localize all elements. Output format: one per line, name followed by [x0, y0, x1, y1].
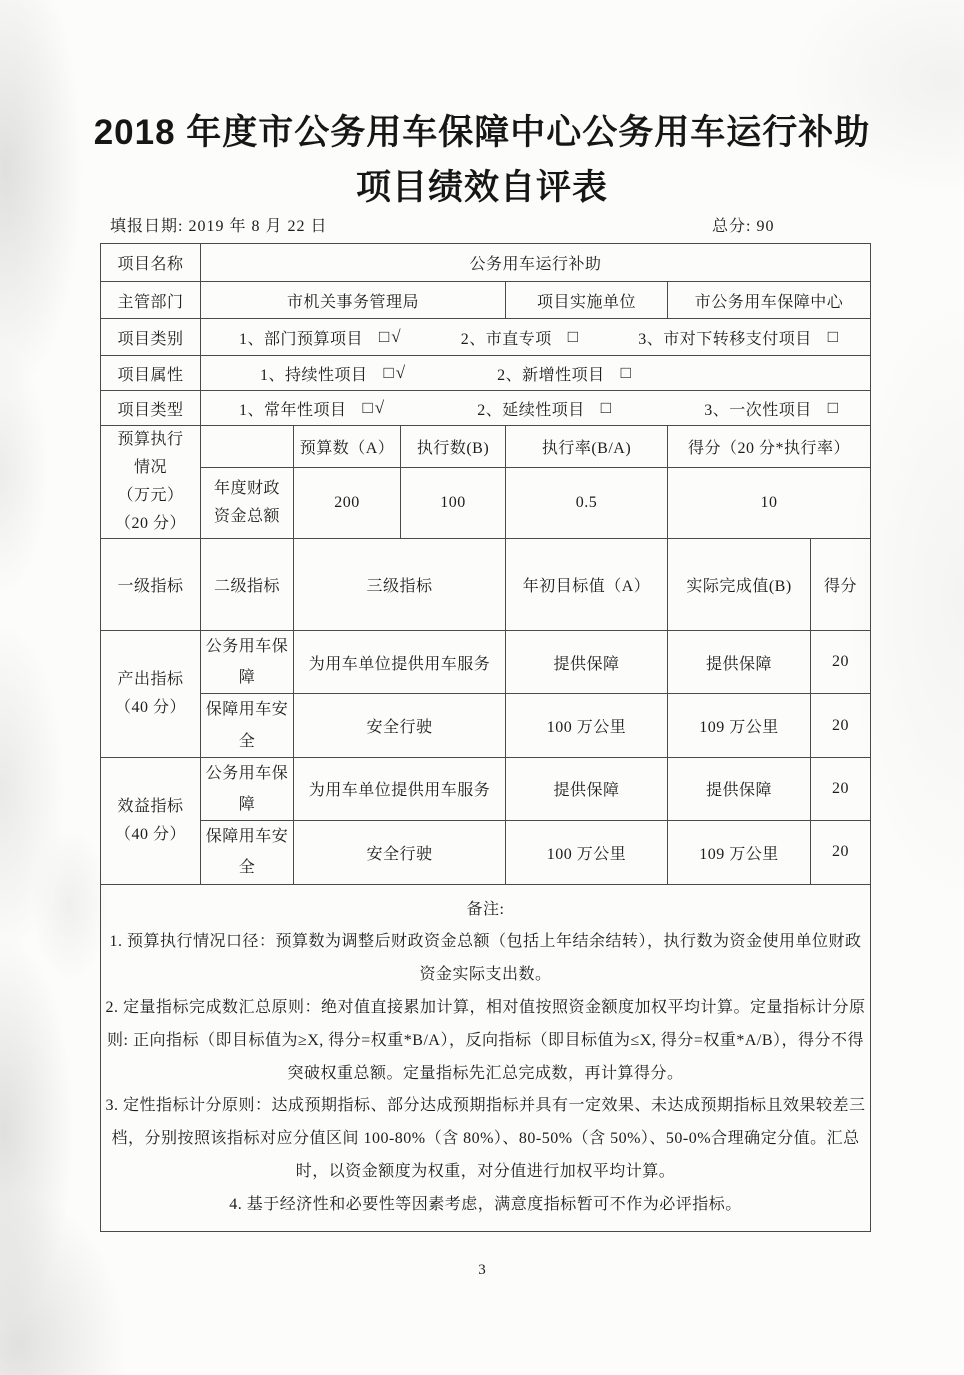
impl-unit-value: 市公务用车保障中心: [668, 282, 871, 319]
budget-value-a: 200: [294, 468, 401, 539]
department-label: 主管部门: [101, 282, 201, 319]
checkbox-icon: □: [621, 363, 633, 383]
category-option-2-text: 2、市直专项: [461, 326, 552, 349]
row-notes: 备注: 1. 预算执行情况口径：预算数为调整后财政资金总额（包括上年结余结转），…: [101, 884, 871, 1231]
budget-section-label: 预算执行 情况 （万元） （20 分）: [101, 426, 201, 539]
type-option-3: 3、一次性项目 □: [704, 397, 840, 420]
category-option-3: 3、市对下转移支付项目 □: [638, 326, 840, 349]
type-option-2-text: 2、延续性项目: [477, 397, 585, 420]
indicator-header-score: 得分: [811, 539, 871, 631]
indicator-level3: 为用车单位提供用车服务: [294, 631, 506, 694]
attribute-option-1-text: 1、持续性项目: [260, 362, 368, 385]
attribute-option-1: 1、持续性项目 □√: [260, 362, 407, 385]
category-options: 1、部门预算项目 □√ 2、市直专项 □ 3、市对下转移支付项目 □: [205, 326, 866, 349]
total-score: 总分: 90: [712, 213, 774, 236]
indicator-target: 100 万公里: [506, 821, 668, 884]
indicator-score: 20: [811, 821, 871, 884]
note-item-2: 2. 定量指标完成数汇总原则：绝对值直接累加计算，相对值按照资金额度加权平均计算…: [105, 992, 866, 1090]
indicator-level2: 公务用车保障: [201, 631, 294, 694]
document-title-line2: 项目绩效自评表: [0, 161, 964, 216]
category-label: 项目类别: [101, 319, 201, 356]
scanned-document-page: 2018 年度市公务用车保障中心公务用车运行补助 项目绩效自评表 填报日期: 2…: [0, 0, 964, 1375]
output-indicator-label: 产出指标 （40 分）: [101, 631, 201, 758]
row-benefit-indicator-2: 保障用车安全 安全行驶 100 万公里 109 万公里 20: [101, 821, 871, 884]
indicator-actual: 109 万公里: [668, 821, 811, 884]
category-option-3-text: 3、市对下转移支付项目: [638, 326, 812, 349]
indicator-target: 提供保障: [506, 757, 668, 820]
row-benefit-indicator-1: 效益指标 （40 分） 公务用车保障 为用车单位提供用车服务 提供保障 提供保障…: [101, 757, 871, 820]
category-option-1: 1、部门预算项目 □√: [239, 326, 403, 349]
indicator-header-level3: 三级指标: [294, 539, 506, 631]
indicator-target: 100 万公里: [506, 694, 668, 757]
checkbox-icon: □: [828, 398, 840, 418]
department-value: 市机关事务管理局: [201, 282, 506, 319]
budget-blank-cell: [201, 426, 294, 468]
type-option-1-text: 1、常年性项目: [239, 397, 347, 420]
indicator-header-level1: 一级指标: [101, 539, 201, 631]
type-label: 项目类型: [101, 391, 201, 426]
indicator-score: 20: [811, 631, 871, 694]
budget-value-score: 10: [668, 468, 871, 539]
benefit-indicator-label: 效益指标 （40 分）: [101, 757, 201, 884]
indicator-level2: 保障用车安全: [201, 821, 294, 884]
indicator-level2: 公务用车保障: [201, 757, 294, 820]
indicator-actual: 提供保障: [668, 757, 811, 820]
page-number: 3: [0, 1262, 964, 1279]
budget-value-b: 100: [401, 468, 506, 539]
note-item-3: 3. 定性指标计分原则：达成预期指标、部分达成预期指标并具有一定效果、未达成预期…: [105, 1090, 866, 1188]
row-output-indicator-1: 产出指标 （40 分） 公务用车保障 为用车单位提供用车服务 提供保障 提供保障…: [101, 631, 871, 694]
budget-header-rate: 执行率(B/A): [506, 426, 668, 468]
checkbox-checked-icon: □√: [363, 398, 387, 418]
checkbox-icon: □: [601, 398, 613, 418]
document-title: 2018 年度市公务用车保障中心公务用车运行补助 项目绩效自评表: [0, 106, 964, 215]
row-output-indicator-2: 保障用车安全 安全行驶 100 万公里 109 万公里 20: [101, 694, 871, 757]
budget-row-label: 年度财政 资金总额: [201, 468, 294, 539]
attribute-label: 项目属性: [101, 356, 201, 391]
indicator-level3: 为用车单位提供用车服务: [294, 757, 506, 820]
indicator-level2: 保障用车安全: [201, 694, 294, 757]
budget-header-score: 得分（20 分*执行率）: [668, 426, 871, 468]
type-option-3-text: 3、一次性项目: [704, 397, 812, 420]
indicator-actual: 109 万公里: [668, 694, 811, 757]
indicator-actual: 提供保障: [668, 631, 811, 694]
type-option-2: 2、延续性项目 □: [477, 397, 613, 420]
attribute-option-2-text: 2、新增性项目: [497, 362, 605, 385]
type-option-1: 1、常年性项目 □√: [239, 397, 386, 420]
type-options: 1、常年性项目 □√ 2、延续性项目 □ 3、一次性项目 □: [205, 397, 866, 420]
row-project-attribute: 项目属性 1、持续性项目 □√ 2、新增性项目 □: [101, 356, 871, 391]
attribute-options: 1、持续性项目 □√ 2、新增性项目 □: [205, 362, 866, 385]
budget-header-a: 预算数（A）: [294, 426, 401, 468]
indicator-header-target: 年初目标值（A）: [506, 539, 668, 631]
row-project-category: 项目类别 1、部门预算项目 □√ 2、市直专项 □ 3、市对下转移支付项目 □: [101, 319, 871, 356]
checkbox-checked-icon: □√: [379, 327, 403, 347]
project-name-value: 公务用车运行补助: [201, 244, 871, 282]
impl-unit-label: 项目实施单位: [506, 282, 668, 319]
row-project-name: 项目名称 公务用车运行补助: [101, 244, 871, 282]
budget-header-b: 执行数(B): [401, 426, 506, 468]
note-item-4: 4. 基于经济性和必要性等因素考虑，满意度指标暂可不作为必评指标。: [105, 1189, 866, 1222]
type-options-cell: 1、常年性项目 □√ 2、延续性项目 □ 3、一次性项目 □: [201, 391, 871, 426]
indicator-level3: 安全行驶: [294, 694, 506, 757]
notes-label: 备注:: [105, 894, 866, 927]
attribute-option-2: 2、新增性项目 □: [497, 362, 633, 385]
indicator-header-level2: 二级指标: [201, 539, 294, 631]
category-option-1-text: 1、部门预算项目: [239, 326, 363, 349]
row-project-type: 项目类型 1、常年性项目 □√ 2、延续性项目 □ 3、一次性项目 □: [101, 391, 871, 426]
document-title-line1: 2018 年度市公务用车保障中心公务用车运行补助: [0, 106, 964, 161]
attribute-options-cell: 1、持续性项目 □√ 2、新增性项目 □: [201, 356, 871, 391]
indicator-header-actual: 实际完成值(B): [668, 539, 811, 631]
row-indicator-header: 一级指标 二级指标 三级指标 年初目标值（A） 实际完成值(B) 得分: [101, 539, 871, 631]
row-budget-header: 预算执行 情况 （万元） （20 分） 预算数（A） 执行数(B) 执行率(B/…: [101, 426, 871, 468]
fill-date: 填报日期: 2019 年 8 月 22 日: [110, 213, 327, 236]
budget-value-rate: 0.5: [506, 468, 668, 539]
indicator-level3: 安全行驶: [294, 821, 506, 884]
project-name-label: 项目名称: [101, 244, 201, 282]
checkbox-icon: □: [828, 327, 840, 347]
indicator-score: 20: [811, 694, 871, 757]
checkbox-checked-icon: □√: [384, 363, 408, 383]
category-options-cell: 1、部门预算项目 □√ 2、市直专项 □ 3、市对下转移支付项目 □: [201, 319, 871, 356]
evaluation-table: 项目名称 公务用车运行补助 主管部门 市机关事务管理局 项目实施单位 市公务用车…: [100, 243, 871, 1232]
row-department: 主管部门 市机关事务管理局 项目实施单位 市公务用车保障中心: [101, 282, 871, 319]
indicator-target: 提供保障: [506, 631, 668, 694]
note-item-1: 1. 预算执行情况口径：预算数为调整后财政资金总额（包括上年结余结转），执行数为…: [105, 926, 866, 992]
row-budget-values: 年度财政 资金总额 200 100 0.5 10: [101, 468, 871, 539]
notes-cell: 备注: 1. 预算执行情况口径：预算数为调整后财政资金总额（包括上年结余结转），…: [101, 884, 871, 1231]
indicator-score: 20: [811, 757, 871, 820]
checkbox-icon: □: [568, 327, 580, 347]
category-option-2: 2、市直专项 □: [461, 326, 580, 349]
